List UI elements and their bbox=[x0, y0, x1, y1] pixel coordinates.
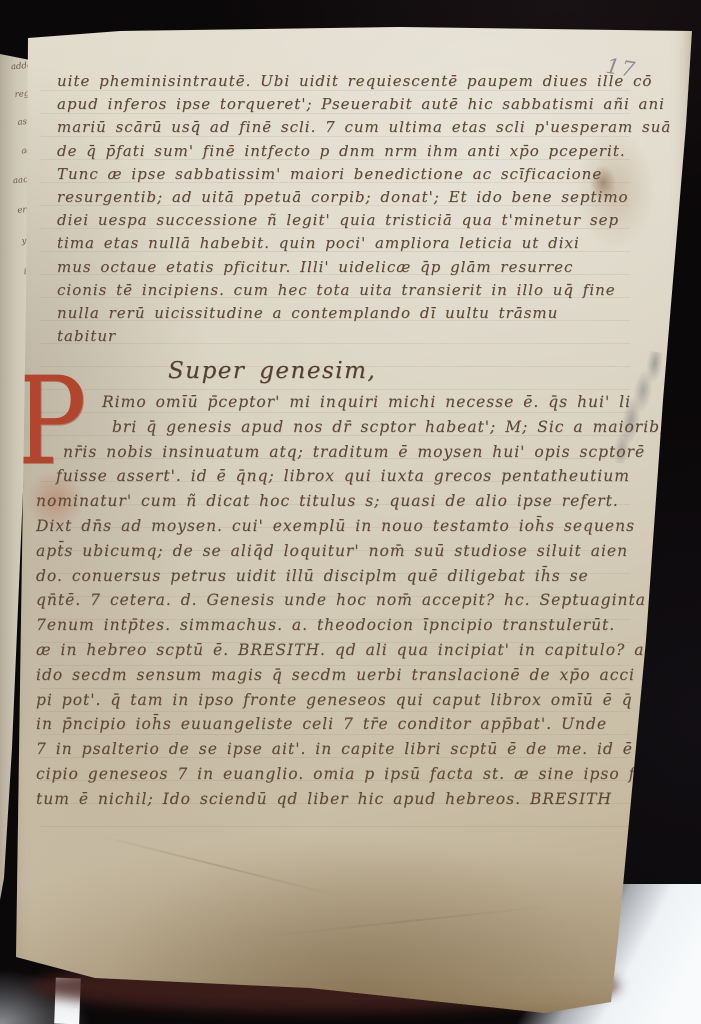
text-line: æ in hebreo scptū ē. BRESITH. qd ali qua… bbox=[36, 638, 626, 663]
text-line: in p̄ncipio ioh̄s euuangeliste celi 7 tr… bbox=[36, 712, 626, 737]
text-line: resurgentib; ad uitā ppetuā corpib; dona… bbox=[57, 186, 637, 209]
text-line: 7enum intp̄tes. simmachus. a. theodocion… bbox=[36, 613, 626, 638]
text-block-second: Rimo omīū p̄ceptor' mi inquiri michi nec… bbox=[36, 390, 626, 812]
section-heading: Super genesim, bbox=[168, 358, 376, 384]
text-line: tum ē nichil; Ido sciendū qd liber hic a… bbox=[36, 787, 626, 812]
text-line: 7 in psalterio de se ipse ait'. in capit… bbox=[36, 737, 626, 762]
text-line: apud inferos ipse torqueret'; Pseuerabit… bbox=[57, 93, 637, 116]
parchment-crease bbox=[261, 904, 560, 937]
text-line: cionis tē incipiens. cum hec tota uita t… bbox=[57, 279, 637, 302]
text-line: bri q̄ genesis apud nos dr̄ scptor habea… bbox=[36, 415, 626, 440]
text-line: do. conuersus petrus uidit illū disciplm… bbox=[36, 564, 626, 589]
text-line: diei uespa successione ñ legit' quia tri… bbox=[57, 209, 637, 232]
text-line: ido secdm sensum magis q̄ secdm uerbi tr… bbox=[36, 663, 626, 688]
text-line: Dixt dn̄s ad moysen. cui' exemplū in nou… bbox=[36, 514, 626, 539]
text-line: nominatur' cum ñ dicat hoc titulus s; qu… bbox=[36, 489, 626, 514]
text-line: de q̄ p̄fati sum' finē intfecto p dnm nr… bbox=[57, 140, 637, 163]
text-line: Rimo omīū p̄ceptor' mi inquiri michi nec… bbox=[36, 390, 626, 415]
text-line: tima etas nullā habebit. quin poci' ampl… bbox=[57, 232, 637, 255]
text-line: uite pheminisintrautē. Ubi uidit requies… bbox=[57, 70, 637, 93]
text-line: fuisse assert'. id ē q̄nq; librox qui iu… bbox=[36, 464, 626, 489]
manuscript-page: 17 uite pheminisintrautē. Ubi uidit requ… bbox=[0, 0, 701, 1024]
prev-page-text-fragment: adde bbox=[0, 61, 32, 74]
parchment-crease bbox=[94, 834, 347, 899]
text-line: pi pot'. q̄ tam in ipso fronte geneseos … bbox=[36, 688, 626, 713]
text-line: cipio geneseos 7 in euanglio. omia p ips… bbox=[36, 762, 626, 787]
text-line: qn̄tē. 7 cetera. d. Genesis unde hoc nom… bbox=[36, 588, 626, 613]
text-line: nulla rerū uicissitudine a contemplando … bbox=[57, 302, 637, 325]
text-line: mus octaue etatis pficitur. Illi' uideli… bbox=[57, 256, 637, 279]
text-line: mariū scārū usq̄ ad finē scli. 7 cum ult… bbox=[57, 116, 637, 139]
prev-page-text-fragment: regl bbox=[0, 89, 32, 102]
text-line: tabitur bbox=[57, 325, 637, 348]
text-block-first: uite pheminisintrautē. Ubi uidit requies… bbox=[57, 70, 637, 348]
text-line: Tunc æ ipse sabbatissim' maiori benedict… bbox=[57, 163, 637, 186]
text-line: nr̄is nobis insinuatum atq; traditum ē m… bbox=[36, 440, 626, 465]
text-line: apt̄s ubicumq; de se aliq̄d loquitur' no… bbox=[36, 539, 626, 564]
